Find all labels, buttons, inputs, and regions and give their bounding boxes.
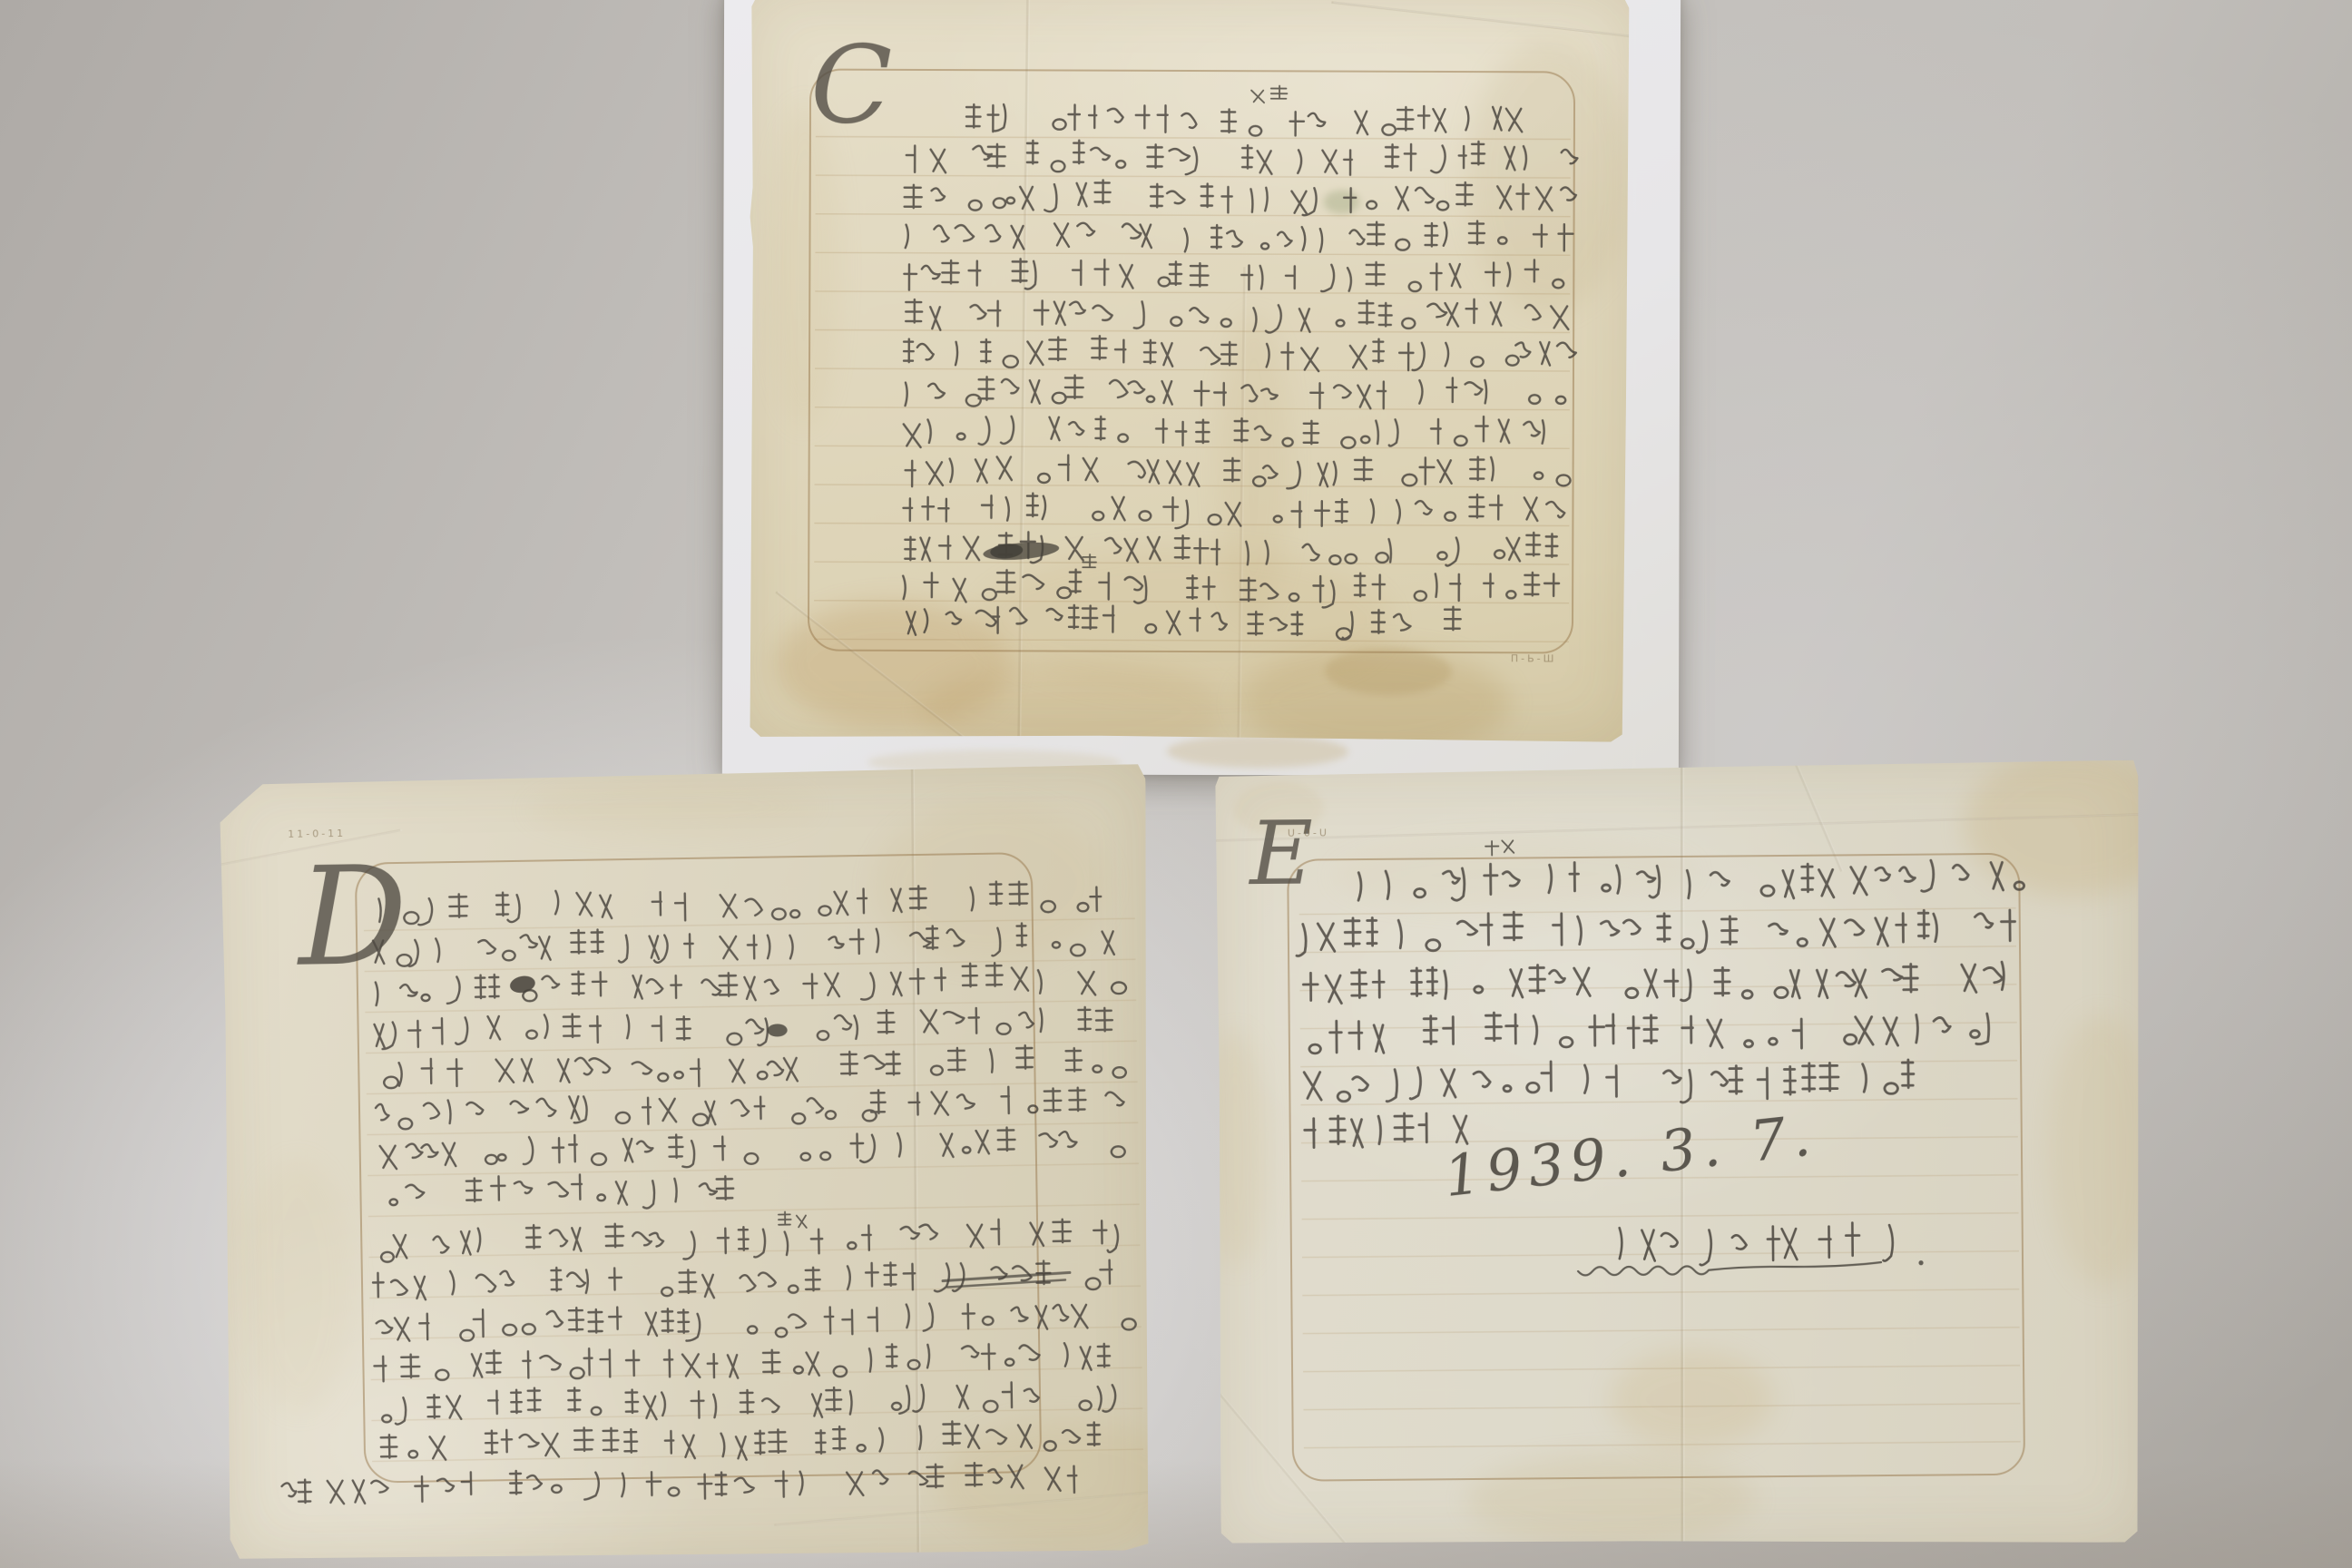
ruled-line <box>1302 1289 2019 1296</box>
ruled-line <box>815 446 1570 448</box>
ink-blot <box>508 974 536 995</box>
page-e-handwriting-svg: EU-0-U1939. 3. 7. <box>1214 760 2144 1551</box>
paper-stain <box>936 1416 1157 1547</box>
handwriting-line <box>376 961 1126 1007</box>
paper-stain <box>1324 191 1360 214</box>
ink-blot <box>768 1024 788 1036</box>
letter-page-e: EU-0-U1939. 3. 7. <box>1214 760 2144 1551</box>
handwriting-line <box>1303 961 2004 1004</box>
ruled-line <box>1302 1213 2019 1220</box>
paper-stain <box>1963 760 2145 898</box>
paper-stain <box>975 547 1394 694</box>
signature-scribble <box>1619 1222 1893 1266</box>
paper-stain <box>242 1158 355 1414</box>
page-c-handwriting-svg: CП-Ь-Ш <box>749 0 1630 742</box>
ruled-line <box>371 1408 1142 1420</box>
ruled-line <box>815 252 1570 255</box>
paper-stain <box>526 779 818 838</box>
handwriting-line <box>906 219 1573 253</box>
superscript-annotation <box>1251 85 1287 103</box>
ruled-line <box>367 1163 1139 1175</box>
page-label-letter: C <box>810 23 893 148</box>
ruled-line <box>815 485 1570 487</box>
ruled-line <box>815 368 1570 371</box>
paper-stain <box>2047 1014 2145 1287</box>
paper-stain <box>1167 735 1348 769</box>
signature-underline-wave <box>1578 1262 1881 1275</box>
handwriting-line <box>389 1172 733 1212</box>
ruled-line <box>816 175 1571 178</box>
ruled-line <box>815 407 1570 410</box>
date-text: 1939. 3. 7. <box>1441 1102 1820 1210</box>
page-d-handwriting-svg: D11-0-11 <box>218 764 1157 1564</box>
ruled-line <box>366 1041 1137 1053</box>
photo-scene: CП-Ь-Ш D11-0-11 EU-0-U1939. 3. 7. <box>0 0 2352 1568</box>
ruled-line <box>367 1082 1138 1093</box>
fold-crease-shadow <box>1220 1393 1347 1548</box>
ruled-line <box>816 137 1571 140</box>
ruled-line <box>815 291 1570 294</box>
ruled-line <box>369 1245 1141 1257</box>
handwriting-line <box>382 1379 1116 1425</box>
stationery-mark: 11-0-11 <box>288 828 346 840</box>
page-label-letter: E <box>1248 803 1314 906</box>
paper-stain <box>1465 1453 1757 1546</box>
ruled-line <box>1300 1023 2017 1029</box>
fold-crease-highlight <box>1221 1393 1349 1548</box>
ruled-line <box>371 1367 1142 1379</box>
ruled-line <box>368 1204 1140 1216</box>
ruled-line <box>816 214 1571 217</box>
paper-stain <box>768 102 841 428</box>
letter-page-c: CП-Ь-Ш <box>749 0 1630 742</box>
fold-crease-highlight <box>1333 3 1629 36</box>
ruled-line <box>367 1122 1138 1134</box>
ruled-line <box>1301 1099 2018 1105</box>
ruled-line <box>815 330 1570 333</box>
handwriting-line <box>381 1216 1119 1264</box>
ruled-line <box>1303 1328 2020 1334</box>
ruled-line <box>1302 1251 2019 1258</box>
ruled-line <box>814 524 1569 526</box>
handwriting-line <box>374 1005 1112 1051</box>
ruled-line <box>1299 908 2016 915</box>
letter-page-d: D11-0-11 <box>218 764 1157 1564</box>
stationery-mark: U-0-U <box>1288 827 1329 838</box>
ruled-line <box>365 1000 1136 1012</box>
handwriting-line <box>1309 1008 1989 1053</box>
superscript-annotation <box>779 1211 807 1228</box>
handwriting-line <box>966 104 1522 137</box>
handwriting-line <box>904 258 1563 292</box>
page-label-letter: D <box>294 838 408 997</box>
signature-end-dot <box>1918 1260 1923 1265</box>
handwriting-line <box>906 298 1568 334</box>
stationery-mark: П-Ь-Ш <box>1511 652 1557 664</box>
handwriting-line <box>376 1298 1135 1345</box>
paper-stain <box>1610 1348 1774 1450</box>
ruled-line <box>1299 946 2016 953</box>
paper-stain <box>1214 1031 1269 1268</box>
ruled-line <box>365 959 1136 971</box>
